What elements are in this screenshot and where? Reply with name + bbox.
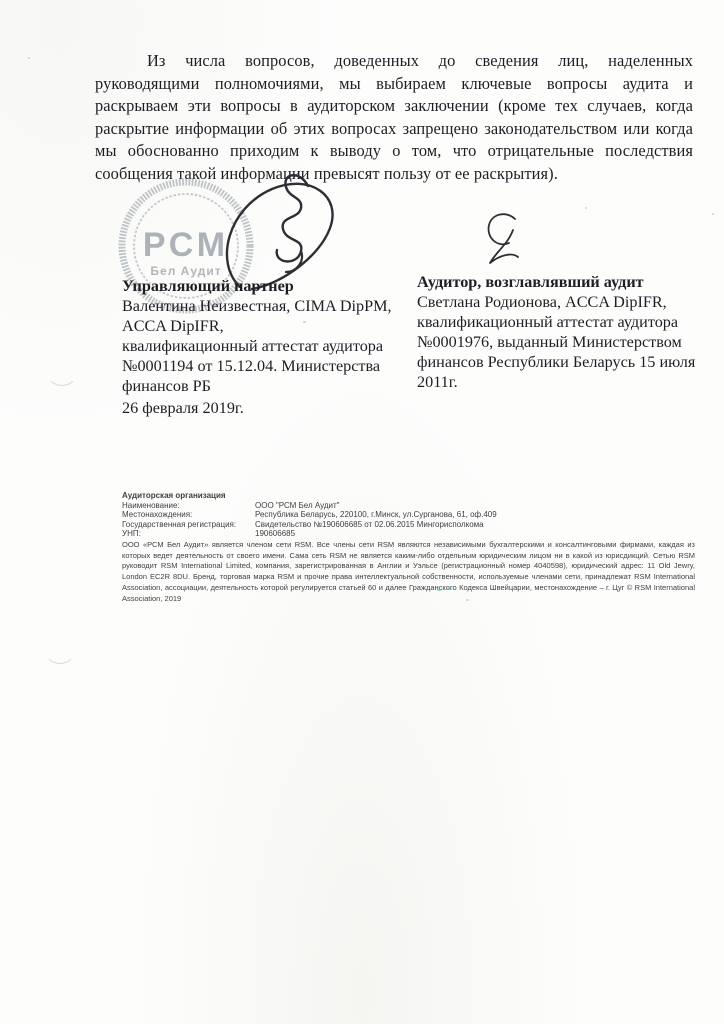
scan-speck <box>303 321 306 323</box>
managing-partner-title: Управляющий партнер <box>122 276 414 296</box>
footer-label: Местонахождения: <box>122 510 255 519</box>
punch-hole-mark <box>46 356 78 386</box>
ink-bleed-mark <box>466 599 469 601</box>
footer-label: Государственная регистрация: <box>122 520 255 529</box>
scan-speck <box>28 57 30 59</box>
footer-value: Свидетельство №190606685 от 02.06.2015 М… <box>255 520 484 529</box>
punch-hole-mark <box>44 634 76 664</box>
footer-row-location: Местонахождения: Республика Беларусь, 22… <box>122 510 697 519</box>
lead-auditor-signature-icon <box>478 208 540 274</box>
scan-speck <box>585 207 587 209</box>
managing-partner-details: Валентина Неизвестная, CIMA DipPM, ACCA … <box>122 296 414 396</box>
ink-bleed-mark <box>437 589 442 591</box>
lead-auditor-details: Светлана Родионова, ACCA DipIFR, квалифи… <box>417 292 705 392</box>
ink-bleed-mark <box>447 588 451 590</box>
footer-label: УНП: <box>122 529 255 538</box>
managing-partner-block: Управляющий партнер Валентина Неизвестна… <box>122 276 414 396</box>
lead-auditor-block: Аудитор, возглавлявший аудит Светлана Ро… <box>417 272 705 392</box>
rsm-network-legal-text: ООО «РСМ Бел Аудит» является членом сети… <box>122 540 695 604</box>
footer-value: Республика Беларусь, 220100, г.Минск, ул… <box>255 510 497 519</box>
footer-rows: Наименование: ООО "РСМ Бел Аудит" Местон… <box>122 501 697 539</box>
lead-auditor-title: Аудитор, возглавлявший аудит <box>417 272 705 292</box>
footer-label: Наименование: <box>122 501 255 510</box>
footer-heading: Аудиторская организация <box>122 491 226 500</box>
scan-speck <box>712 213 714 215</box>
footer-value: ООО "РСМ Бел Аудит" <box>255 501 340 510</box>
footer-value: 190606685 <box>255 529 295 538</box>
footer-row-unp: УНП: 190606685 <box>122 529 697 538</box>
scanned-document-page: Из числа вопросов, доведенных до сведени… <box>0 0 724 1024</box>
audit-report-paragraph: Из числа вопросов, доведенных до сведени… <box>95 50 693 186</box>
footer-row-name: Наименование: ООО "РСМ Бел Аудит" <box>122 501 697 510</box>
footer-row-registration: Государственная регистрация: Свидетельст… <box>122 520 697 529</box>
report-date: 26 февраля 2019г. <box>122 399 244 418</box>
